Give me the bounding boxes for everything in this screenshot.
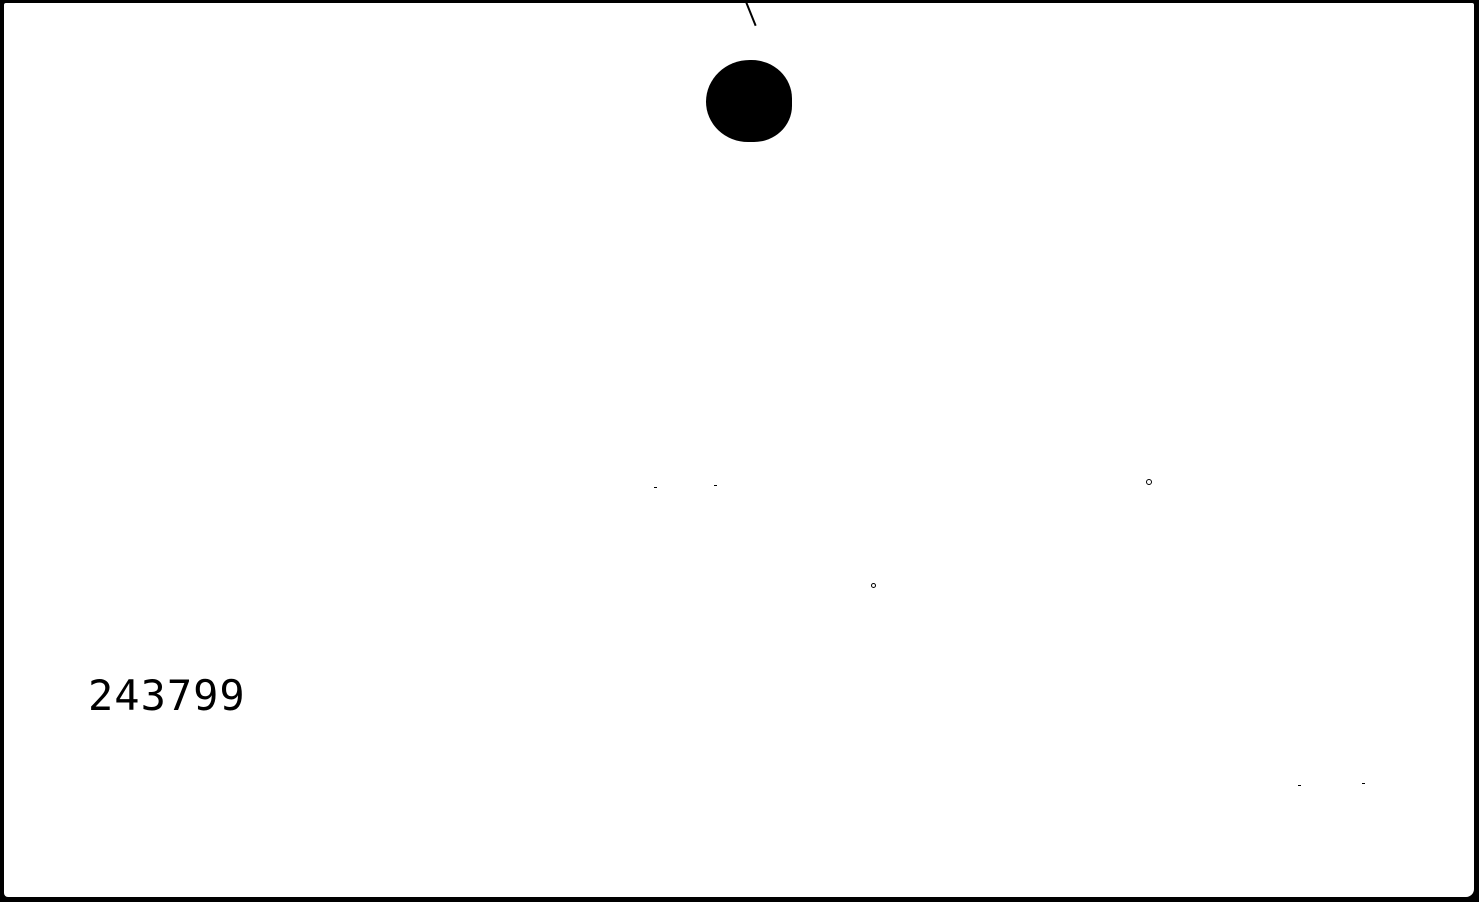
speck: [1298, 785, 1301, 786]
card-number: 243799: [88, 675, 246, 717]
speck: [1362, 783, 1365, 784]
speck: [1146, 479, 1152, 485]
speck: [714, 485, 717, 486]
index-card: 243799: [4, 3, 1474, 897]
speck: [654, 487, 657, 488]
punch-hole: [706, 60, 792, 142]
speck: [871, 583, 876, 588]
